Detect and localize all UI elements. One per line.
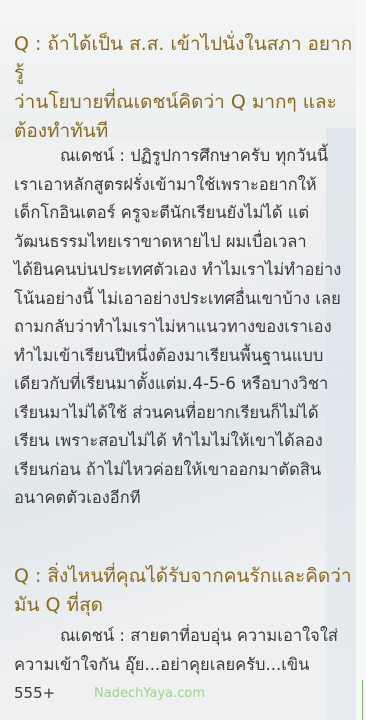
answer-1-line-4: วัฒนธรรมไทยเราขาดหายไป ผมเบื่อเวลา: [14, 228, 344, 257]
page-edge: [356, 0, 366, 720]
answer-2-line-1: ณเดชน์ : สายตาที่อบอุ่น ความเอาใจใส่: [14, 622, 344, 651]
question-1-line-2: ว่านโยบายที่ณเดชน์คิดว่า Q มากๆ และ: [14, 88, 354, 117]
footer: 555+ NadechYaya.com: [14, 684, 55, 702]
answer-1-line-2: เราเอาหลักสูตรฝรั่งเข้ามาใช้เพราะอยากให้: [14, 171, 344, 200]
answer-1-line-6: โน้นอย่างนี้ ไม่เอาอย่างประเทศอื่นเขาบ้า…: [14, 285, 344, 314]
green-edge-line: [362, 680, 363, 720]
answer-1-line-7: ถามกลับว่าทำไมเราไม่หาแนวทางของเราเอง: [14, 313, 344, 342]
watermark: NadechYaya.com: [94, 686, 205, 701]
answer-1-line-1: ณเดชน์ : ปฏิรูปการศึกษาครับ ทุกวันนี้: [14, 142, 344, 171]
question-2-line-1: Q : สิ่งไหนที่คุณได้รับจากคนรักและคิดว่า: [14, 562, 354, 591]
answer-1-line-13: อนาคตตัวเองอีกที: [14, 484, 344, 513]
laugh-text: 555+: [14, 684, 55, 702]
answer-1-line-9: เดียวกับที่เรียนมาตั้งแต่ม.4-5-6 หรือบาง…: [14, 370, 344, 399]
answer-1: ณเดชน์ : ปฏิรูปการศึกษาครับ ทุกวันนี้ เร…: [14, 142, 344, 513]
question-1-line-1: Q : ถ้าได้เป็น ส.ส. เข้าไปนั่งในสภา อยาก…: [14, 30, 354, 88]
answer-2: ณเดชน์ : สายตาที่อบอุ่น ความเอาใจใส่ ควา…: [14, 622, 344, 679]
answer-1-line-8: ทำไมเข้าเรียนปีหนึ่งต้องมาเรียนพื้นฐานแบ…: [14, 342, 344, 371]
answer-1-line-5: ได้ยินคนบ่นประเทศตัวเอง ทำไมเราไม่ทำอย่า…: [14, 256, 344, 285]
question-2: Q : สิ่งไหนที่คุณได้รับจากคนรักและคิดว่า…: [14, 562, 354, 620]
answer-1-line-3: เด็กโกอินเตอร์ ครูจะตีนักเรียนยังไม่ได้ …: [14, 199, 344, 228]
question-1: Q : ถ้าได้เป็น ส.ส. เข้าไปนั่งในสภา อยาก…: [14, 30, 354, 146]
answer-2-line-2: ความเข้าใจกัน อุ๊ย...อย่าคุยเลยครับ...เข…: [14, 651, 344, 680]
answer-1-line-11: เรียน เพราะสอบไม่ได้ ทำไมไม่ให้เขาได้ลอง: [14, 427, 344, 456]
answer-1-line-10: เรียนมาไม่ได้ใช้ ส่วนคนที่อยากเรียนก็ไม่…: [14, 399, 344, 428]
question-2-line-2: มัน Q ที่สุด: [14, 591, 354, 620]
answer-1-line-12: เรียนก่อน ถ้าไม่ไหวค่อยให้เขาออกมาตัดสิน: [14, 456, 344, 485]
